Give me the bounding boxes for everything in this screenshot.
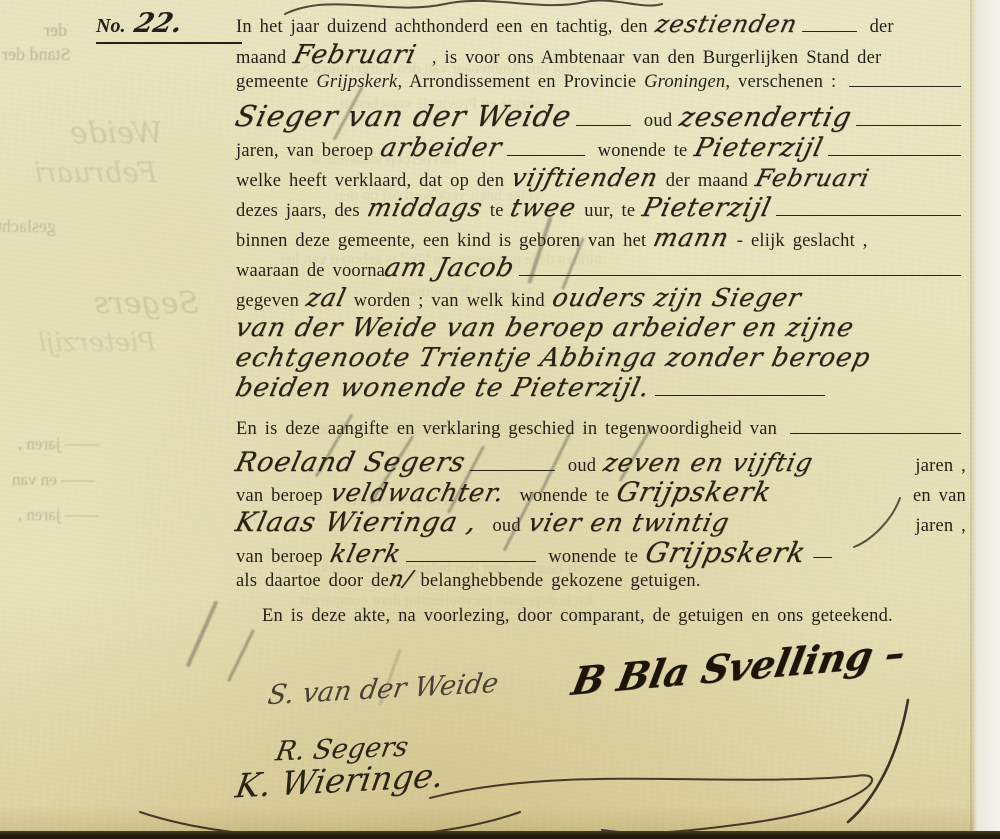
bleedthrough-text: —— en van bbox=[12, 470, 95, 490]
text-segment: Februari bbox=[753, 166, 872, 190]
text-segment: En is deze aangifte en verklaring geschi… bbox=[236, 419, 785, 440]
text-segment: wonende te bbox=[504, 486, 617, 507]
act-line: van der Weide van beroep arbeider en zij… bbox=[236, 315, 966, 345]
text-segment: Grijpskerk bbox=[614, 479, 774, 506]
text-segment: welke heeft verklaard, dat op den bbox=[236, 171, 512, 192]
text-segment: Grijpskerk bbox=[316, 72, 397, 93]
text-segment: n/ bbox=[387, 569, 416, 591]
text-segment: maand bbox=[236, 48, 294, 69]
text-segment: zal bbox=[304, 285, 349, 310]
fill-in-rule bbox=[790, 431, 961, 434]
text-segment: Groningen bbox=[644, 72, 725, 93]
fill-in-rule bbox=[849, 84, 961, 87]
text-segment: , verschenen : bbox=[725, 72, 844, 93]
act-line: Sieger van der Weide oud zesendertig bbox=[236, 102, 966, 135]
text-segment: — bbox=[806, 547, 833, 568]
act-line: gegeven zal worden ; van welk kind ouder… bbox=[236, 285, 966, 315]
fill-in-rule bbox=[802, 29, 857, 32]
act-line: Klaas Wieringa , oud vier en twintigjare… bbox=[236, 509, 966, 539]
act-line: van beroep klerk wonende te Grijpskerk — bbox=[236, 539, 966, 569]
text-segment: Sieger van der Weide bbox=[233, 102, 575, 131]
text-segment: middags bbox=[365, 195, 485, 220]
text-segment: am Jacob bbox=[382, 255, 517, 281]
text-segment: en van bbox=[913, 486, 966, 507]
text-segment: , is voor ons Ambtenaar van den Burgerli… bbox=[416, 48, 881, 69]
act-line: jaren, van beroep arbeider wonende te Pi… bbox=[236, 135, 966, 165]
page-bottom-edge bbox=[0, 831, 1000, 839]
act-line: waaraan de voornaam Jacob bbox=[236, 255, 966, 285]
text-segment: oud bbox=[477, 516, 529, 537]
text-segment: mann bbox=[651, 225, 732, 250]
act-line: gemeente Grijpskerk, Arrondissement en P… bbox=[236, 72, 966, 102]
text-segment: jaren , bbox=[915, 456, 966, 477]
text-segment: uur, te bbox=[576, 201, 643, 222]
text-segment: waaraan de voorna bbox=[236, 261, 385, 282]
act-number-label: No. bbox=[96, 15, 125, 38]
text-segment: jaren, van beroep bbox=[236, 141, 381, 162]
signature-witness2: K. Wieringe. bbox=[234, 758, 447, 802]
text-segment: arbeider bbox=[378, 135, 505, 161]
text-segment: echtgenoote Trientje Abbinga zonder bero… bbox=[233, 345, 873, 371]
text-segment: wonende te bbox=[541, 547, 646, 568]
act-line: maand Februari , is voor ons Ambtenaar v… bbox=[236, 42, 966, 72]
bleedthrough-text: der bbox=[44, 20, 67, 41]
act-number: No. 22. bbox=[96, 8, 242, 44]
text-segment: dezes jaars, des bbox=[236, 201, 368, 222]
text-segment: In het jaar duizend achthonderd een en t… bbox=[236, 17, 656, 38]
fill-in-rule bbox=[828, 153, 961, 156]
text-segment: beiden wonende te Pieterzijl. bbox=[233, 375, 653, 401]
text-segment: van der Weide van beroep arbeider en zij… bbox=[233, 315, 857, 341]
act-line: als daartoe door den/ belanghebbende gek… bbox=[236, 569, 966, 599]
fill-in-rule bbox=[519, 273, 961, 276]
text-segment: oud bbox=[636, 111, 680, 132]
act-line: dezes jaars, des middags te twee uur, te… bbox=[236, 195, 966, 225]
fill-in-rule bbox=[776, 213, 961, 216]
birth-certificate-scan: derStand dergeslacht ,—— jaren ,—— en va… bbox=[0, 0, 1000, 839]
text-segment: vijftienden bbox=[509, 165, 661, 190]
text-segment: worden ; van welk kind bbox=[346, 291, 553, 312]
ink-smudge bbox=[186, 600, 219, 667]
text-segment: der bbox=[862, 17, 894, 38]
act-line: welke heeft verklaard, dat op den vijfti… bbox=[236, 165, 966, 195]
bleedthrough-text: Februari bbox=[34, 156, 157, 189]
fill-in-rule bbox=[655, 393, 825, 396]
text-segment: zeven en vijftig bbox=[601, 450, 816, 475]
bleedthrough-text: —— jaren , bbox=[18, 505, 99, 525]
ink-smudge bbox=[227, 629, 255, 682]
fill-in-rule bbox=[576, 123, 631, 126]
fill-in-rule bbox=[470, 468, 555, 471]
signature-comparant: S. van der Weide bbox=[266, 670, 500, 709]
act-line: beiden wonende te Pieterzijl. bbox=[236, 375, 966, 405]
page-right-edge bbox=[970, 0, 1000, 832]
act-line: binnen deze gemeente, een kind is gebore… bbox=[236, 225, 966, 255]
text-segment: vier en twintig bbox=[526, 510, 732, 535]
text-segment: En is deze akte, na voorlezing, door com… bbox=[262, 606, 893, 627]
text-segment: ouders zijn Sieger bbox=[550, 285, 804, 310]
text-segment: gegeven bbox=[236, 291, 307, 312]
text-segment: zestienden bbox=[653, 12, 800, 36]
bleedthrough-text: Segers bbox=[94, 286, 199, 321]
act-line: van beroep veldwachter. wonende te Grijp… bbox=[236, 479, 966, 509]
text-segment: Klaas Wieringa , bbox=[233, 509, 480, 536]
act-line: En is deze aangifte en verklaring geschi… bbox=[236, 419, 966, 449]
text-segment: Pieterzijl bbox=[640, 195, 774, 221]
text-segment: van beroep bbox=[236, 547, 331, 568]
bleedthrough-text: Stand der bbox=[2, 44, 70, 65]
fill-in-rule bbox=[856, 123, 961, 126]
text-segment: Grijpskerk bbox=[643, 539, 809, 567]
text-segment: klerk bbox=[328, 541, 404, 566]
act-line: Roeland Segers oud zeven en vijftigjaren… bbox=[236, 449, 966, 479]
act-body: In het jaar duizend achthonderd een en t… bbox=[236, 12, 966, 636]
text-segment: der maand bbox=[658, 171, 756, 192]
text-segment: van beroep bbox=[236, 486, 331, 507]
text-segment: veldwachter. bbox=[328, 480, 507, 505]
text-segment: , Arrondissement en Provincie bbox=[397, 72, 644, 93]
text-segment: - elijk geslacht , bbox=[729, 231, 868, 252]
text-segment: Pieterzijl bbox=[692, 135, 826, 161]
fill-in-rule bbox=[507, 153, 585, 156]
text-segment: als daartoe door de bbox=[236, 571, 389, 592]
text-segment: jaren , bbox=[915, 516, 966, 537]
text-segment: belanghebbende gekozene getuigen. bbox=[413, 571, 701, 592]
text-segment: Roeland Segers bbox=[233, 449, 468, 476]
text-segment: wonende te bbox=[590, 141, 695, 162]
text-segment: oud bbox=[560, 456, 604, 477]
bleedthrough-text: Weide bbox=[70, 116, 163, 151]
text-segment: twee bbox=[509, 195, 580, 220]
text-segment: binnen deze gemeente, een kind is gebore… bbox=[236, 231, 654, 252]
text-segment: Februari bbox=[291, 42, 419, 68]
bleedthrough-text: geslacht , bbox=[0, 216, 56, 237]
act-line: echtgenoote Trientje Abbinga zonder bero… bbox=[236, 345, 966, 375]
fill-in-rule bbox=[406, 559, 536, 562]
act-number-value: 22. bbox=[132, 8, 187, 39]
bleedthrough-text: —— jaren , bbox=[18, 434, 99, 454]
act-line: In het jaar duizend achthonderd een en t… bbox=[236, 12, 966, 42]
act-line: En is deze akte, na voorlezing, door com… bbox=[236, 606, 966, 636]
text-segment: gemeente bbox=[236, 72, 316, 93]
text-segment: te bbox=[482, 201, 511, 222]
text-segment: zesendertig bbox=[677, 104, 855, 131]
signature-official: B Bla Svelling – bbox=[569, 633, 908, 701]
bleedthrough-text: Pieterzijl bbox=[38, 328, 156, 358]
